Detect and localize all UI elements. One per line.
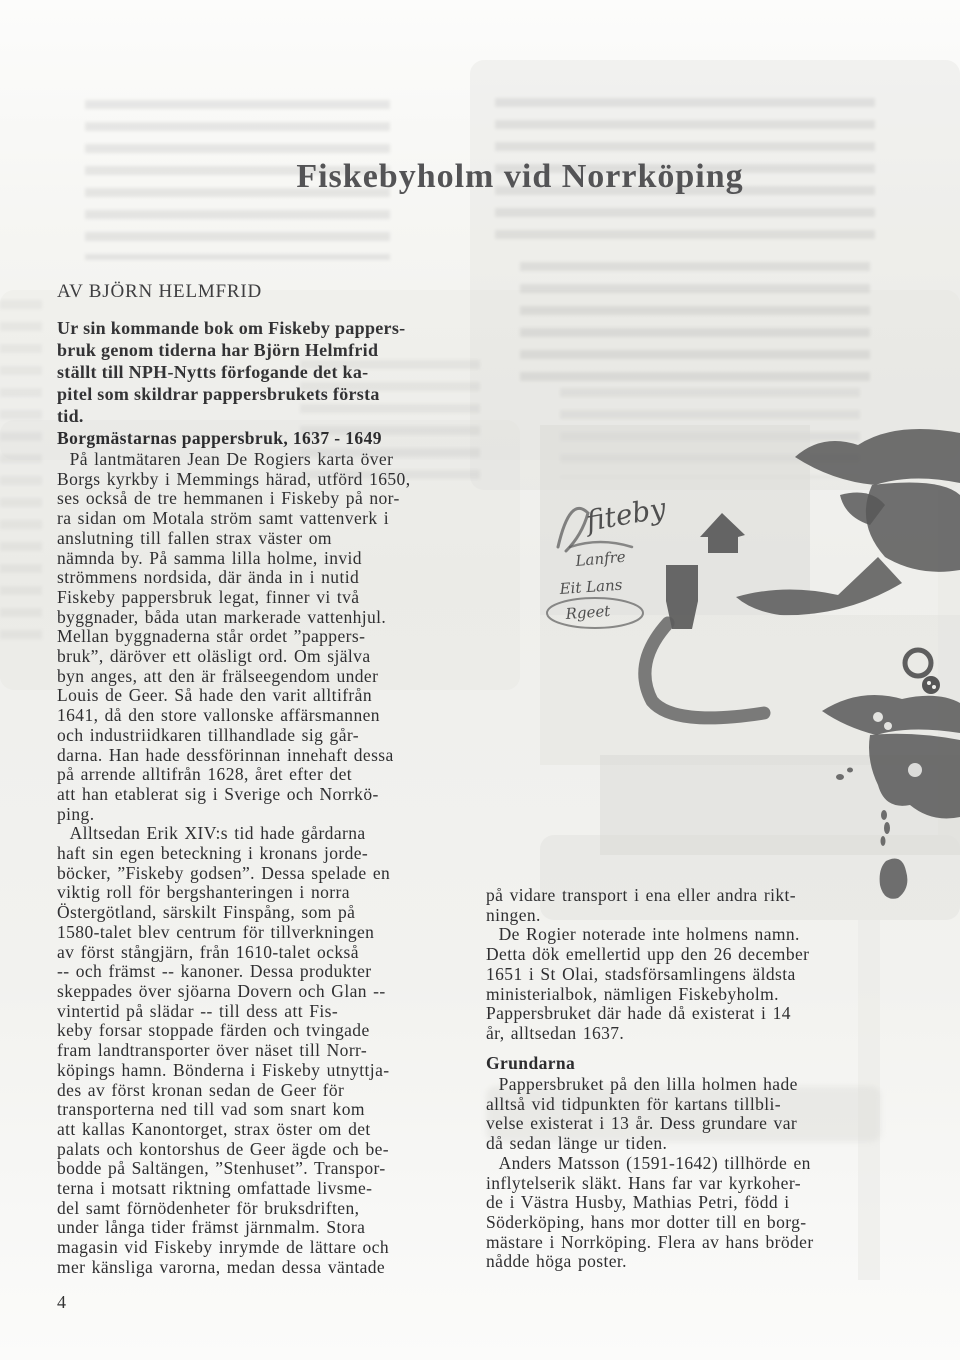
section-heading-borgmastarnas: Borgmästarnas pappersbruk, 1637 - 1649 <box>57 428 382 449</box>
article-lead-paragraph: Ur sin kommande bok om Fiskeby pappers- … <box>57 317 502 427</box>
article-title: Fiskebyholm vid Norrköping <box>240 158 800 196</box>
map-ridge-top <box>795 429 960 485</box>
map-ink-drip <box>884 822 890 834</box>
map-ink-speck <box>847 768 853 773</box>
article-author: AV BJÖRN HELMFRID <box>57 281 262 303</box>
map-hole <box>884 722 892 730</box>
map-ink-drip <box>881 810 887 820</box>
right-column-text-lower: Pappersbruket på den lilla holmen hade a… <box>486 1075 906 1272</box>
historic-map-image: fiteby Lanfre Eit Lans Rgeet <box>540 425 960 925</box>
map-ink-drip <box>881 836 886 846</box>
page-number: 4 <box>57 1292 66 1313</box>
bleedthrough-text <box>0 300 42 640</box>
section-heading-grundarna: Grundarna <box>486 1053 575 1074</box>
map-ink-speck <box>836 774 844 780</box>
scanned-document-page: Fiskebyholm vid Norrköping AV BJÖRN HELM… <box>0 0 960 1360</box>
left-column-text: På lantmätaren Jean De Rogiers karta öve… <box>57 450 505 1278</box>
map-mass-right <box>866 483 960 572</box>
map-hole <box>908 763 922 777</box>
bleedthrough-text <box>520 262 870 382</box>
map-handwriting-label-4: Rgeet <box>564 602 612 623</box>
map-hole <box>873 712 883 722</box>
right-column-text-upper: på vidare transport i ena eller andra ri… <box>486 886 906 1044</box>
map-dot-mark <box>922 676 940 694</box>
